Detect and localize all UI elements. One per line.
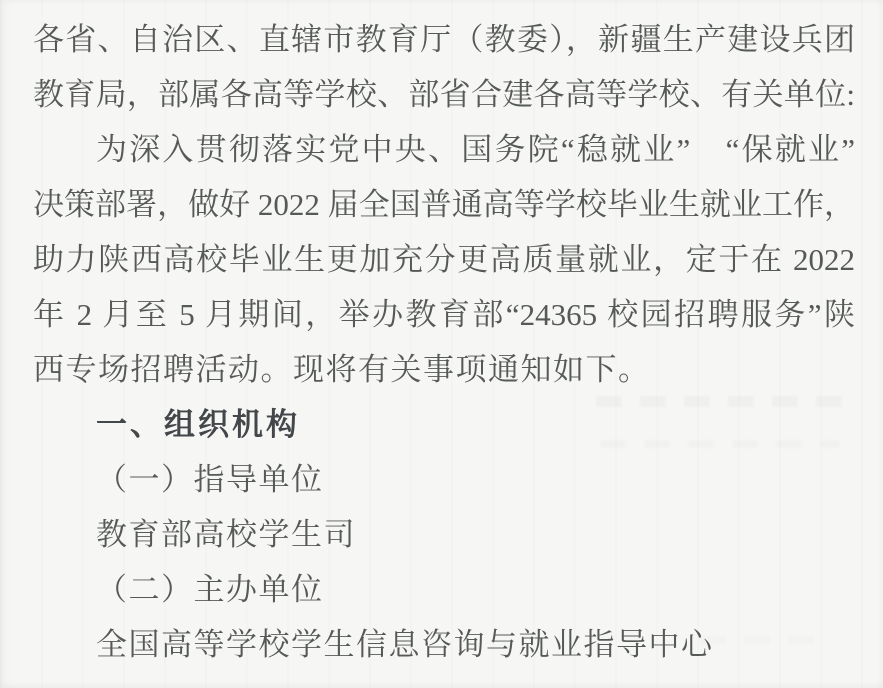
- document-page: 各省、自治区、直辖市教育厅（教委），新疆生产建设兵团 教育局，部属各高等学校、部…: [0, 0, 883, 688]
- guiding-unit-name: 教育部高校学生司: [33, 507, 855, 562]
- body-paragraph-line-5: 西专场招聘活动。现将有关事项通知如下。: [33, 342, 855, 397]
- body-paragraph-line-1: 为深入贯彻落实党中央、国务院“稳就业” “保就业”: [33, 122, 855, 177]
- subsection-host-unit-label: （二）主办单位: [33, 562, 855, 617]
- addressee-line-2: 教育局，部属各高等学校、部省合建各高等学校、有关单位:: [33, 67, 855, 122]
- host-unit-name: 全国高等学校学生信息咨询与就业指导中心: [33, 617, 855, 672]
- subsection-guiding-unit-label: （一）指导单位: [33, 452, 855, 507]
- addressee-line-1: 各省、自治区、直辖市教育厅（教委），新疆生产建设兵团: [33, 12, 855, 67]
- body-paragraph-line-3: 助力陕西高校毕业生更加充分更高质量就业，定于在 2022: [33, 232, 855, 287]
- body-paragraph-line-4: 年 2 月至 5 月期间，举办教育部“24365 校园招聘服务”陕: [33, 287, 855, 342]
- section-heading-organization: 一、组织机构: [33, 397, 855, 452]
- body-paragraph-line-2: 决策部署，做好 2022 届全国普通高等学校毕业生就业工作，: [33, 177, 855, 232]
- notice-text-block: 各省、自治区、直辖市教育厅（教委），新疆生产建设兵团 教育局，部属各高等学校、部…: [33, 12, 855, 672]
